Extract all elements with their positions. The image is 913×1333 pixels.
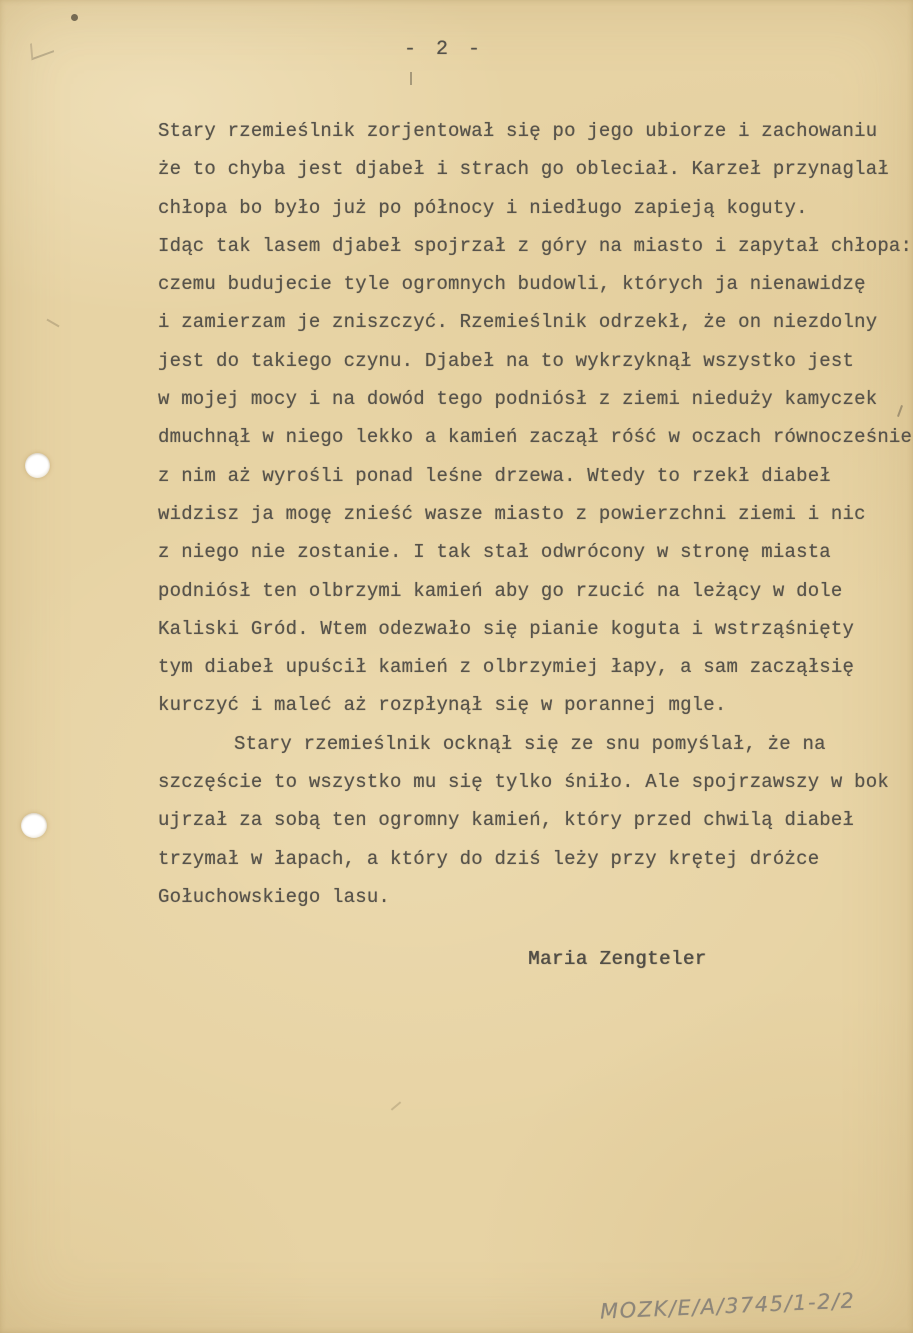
pencil-mark [30,36,54,61]
text-line: podniósł ten olbrzymi kamień aby go rzuc… [158,572,898,610]
text-line: trzymał w łapach, a który do dziś leży p… [158,840,898,878]
paper-fiber [391,1101,401,1110]
text-line: czemu budujecie tyle ogromnych budowli, … [158,265,898,303]
text-line: tym diabeł upuścił kamień z olbrzymiej ł… [158,648,898,686]
text-line: z nim aż wyrośli ponad leśne drzewa. Wte… [158,457,898,495]
text-line: Kaliski Gród. Wtem odezwało się pianie k… [158,610,898,648]
text-line: chłopa bo było już po północy i niedługo… [158,189,898,227]
paper-fiber [46,319,59,328]
punch-hole-top [25,453,50,478]
author-signature: Maria Zengteler [528,948,707,970]
document-page: - 2 - Stary rzemieślnik zorjentował się … [0,0,913,1333]
page-number: - 2 - [404,38,484,61]
text-line: ujrzał za sobą ten ogromny kamień, który… [158,801,898,839]
paper-speck [410,72,412,85]
punch-hole-bottom [21,813,47,838]
paper-speck [71,14,78,21]
text-line: że to chyba jest djabeł i strach go oble… [158,150,898,188]
text-line: jest do takiego czynu. Djabeł na to wykr… [158,342,898,380]
text-line: i zamierzam je zniszczyć. Rzemieślnik od… [158,303,898,341]
text-line: Stary rzemieślnik zorjentował się po jeg… [158,112,898,150]
text-line: Idąc tak lasem djabeł spojrzał z góry na… [158,227,898,265]
text-line: kurczyć i maleć aż rozpłynął się w poran… [158,686,898,724]
text-line: Gołuchowskiego lasu. [158,878,898,916]
text-line: dmuchnął w niego lekko a kamień zaczął r… [158,418,898,456]
text-line: szczęście to wszystko mu się tylko śniło… [158,763,898,801]
archival-reference-handwritten: MOZK/E/A/3745/1-2/2 [600,1288,856,1323]
text-line: w mojej mocy i na dowód tego podniósł z … [158,380,898,418]
text-line: Stary rzemieślnik ocknął się ze snu pomy… [158,725,898,763]
text-line: widzisz ja mogę znieść wasze miasto z po… [158,495,898,533]
text-line: z niego nie zostanie. I tak stał odwróco… [158,533,898,571]
document-body: Stary rzemieślnik zorjentował się po jeg… [158,112,898,916]
